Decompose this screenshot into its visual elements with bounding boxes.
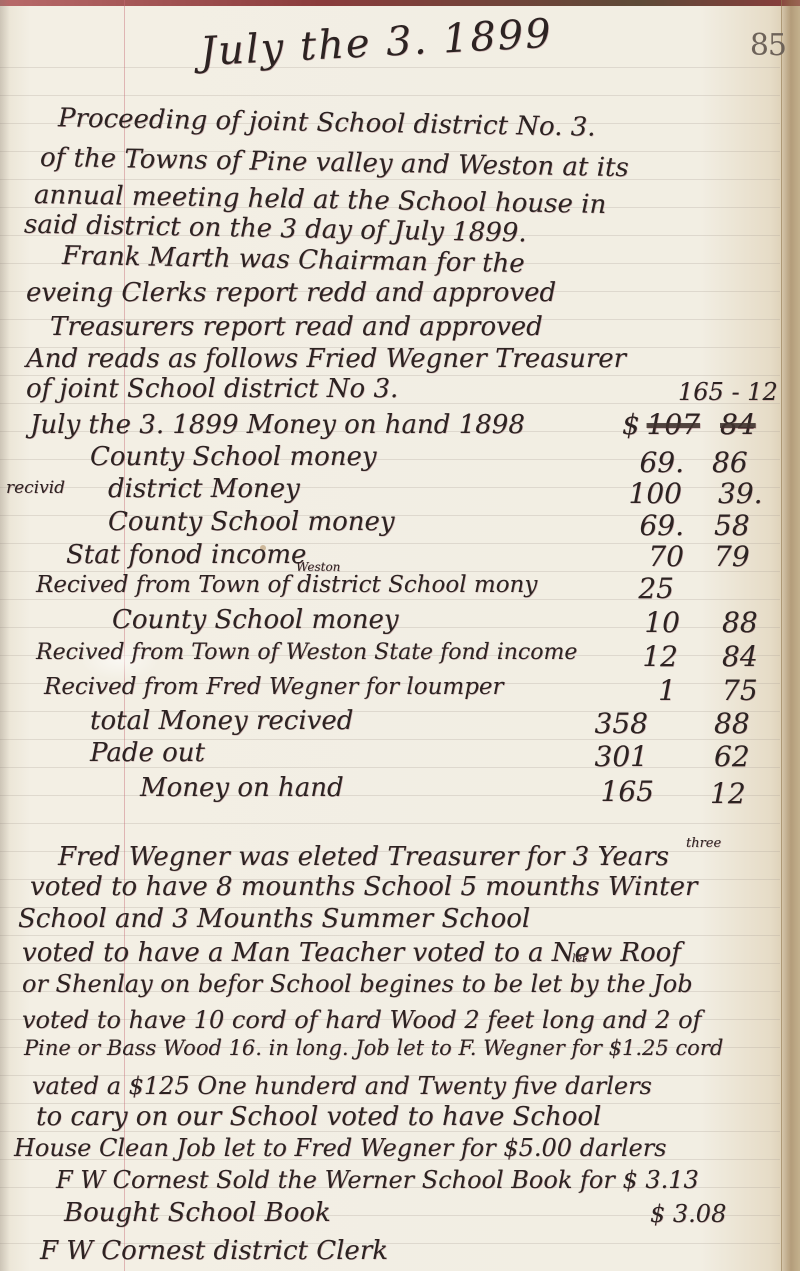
total-label: total Money recived bbox=[90, 706, 353, 736]
resolution-line: School and 3 Mounths Summer School bbox=[18, 904, 530, 934]
superscript-let: let bbox=[572, 952, 586, 965]
minutes-line: of joint School district No 3. bbox=[26, 374, 398, 404]
resolution-line: Fred Wegner was eleted Treasurer for 3 Y… bbox=[58, 842, 669, 872]
resolution-line: or Shenlay on befor School begines to be… bbox=[22, 970, 693, 998]
report-row-cents: 84 bbox=[720, 408, 790, 441]
total-cents: 88 bbox=[714, 707, 784, 740]
report-row-dollars: 10 bbox=[600, 606, 680, 639]
resolution-line: F W Cornest Sold the Werner School Book … bbox=[56, 1166, 699, 1194]
report-row-dollars: 25 bbox=[594, 572, 674, 605]
report-row-cents: 84 bbox=[722, 640, 792, 673]
paid-out-cents: 62 bbox=[714, 740, 784, 773]
report-row-label: Stat fonod income bbox=[66, 540, 306, 570]
report-row-dollars: 12 bbox=[598, 640, 678, 673]
report-row-dollars: 70 bbox=[604, 540, 684, 573]
superscript-three: three bbox=[686, 836, 721, 851]
paid-out-dollars: 301 bbox=[568, 740, 648, 773]
money-on-hand-label: Money on hand bbox=[140, 773, 344, 803]
resolution-line: voted to have 10 cord of hard Wood 2 fee… bbox=[22, 1006, 701, 1034]
money-on-hand-cents: 12 bbox=[710, 777, 780, 810]
report-row-dollars: 1 bbox=[596, 674, 676, 707]
report-row-cents: 58 bbox=[714, 509, 784, 542]
resolution-line: voted to have 8 mounths School 5 mounths… bbox=[30, 872, 697, 902]
money-on-hand-dollars: 165 bbox=[574, 775, 654, 808]
resolution-line: Bought School Book bbox=[64, 1198, 331, 1228]
page-top-edge bbox=[0, 0, 800, 6]
report-row-dollars: 107 bbox=[620, 408, 700, 441]
resolution-line: to cary on our School voted to have Scho… bbox=[36, 1102, 601, 1132]
report-row-dollars: 100 bbox=[602, 477, 682, 510]
clerk-signature: F W Cornest district Clerk bbox=[40, 1236, 388, 1266]
resolution-line: Pine or Bass Wood 16. in long. Job let t… bbox=[24, 1036, 723, 1060]
binding-shadow bbox=[0, 0, 10, 1271]
report-row-label: County School money bbox=[90, 442, 377, 472]
minutes-line: Treasurers report read and approved bbox=[50, 312, 543, 342]
report-row-label: July the 3. 1899 Money on hand 1898 bbox=[30, 410, 525, 440]
report-row-cents: 86 bbox=[712, 446, 782, 479]
total-dollars: 358 bbox=[568, 707, 648, 740]
paid-out-label: Pade out bbox=[90, 738, 205, 768]
page-number: 85 bbox=[750, 28, 786, 63]
report-row-cents: 75 bbox=[722, 674, 792, 707]
minutes-line: eveing Clerks report redd and approved bbox=[26, 278, 556, 308]
margin-note: recivid bbox=[6, 478, 65, 498]
bought-book-amount: $ 3.08 bbox=[650, 1200, 726, 1228]
report-row-label: County School money bbox=[108, 507, 395, 537]
report-row-label: district Money bbox=[108, 474, 300, 504]
resolution-line: vated a $125 One hunderd and Twenty five… bbox=[32, 1072, 652, 1100]
ledger-page: 85 July the 3. 1899 Proceeding of joint … bbox=[0, 0, 800, 1271]
resolution-line: House Clean Job let to Fred Wegner for $… bbox=[14, 1134, 667, 1162]
report-row-label: Recived from Fred Wegner for loumper bbox=[44, 674, 504, 700]
report-row-dollars: 69. bbox=[604, 509, 684, 542]
report-row-label: Recived from Town of district School mon… bbox=[36, 572, 537, 598]
report-row-cents: 79 bbox=[714, 540, 784, 573]
report-row-label: County School money bbox=[112, 605, 399, 635]
report-row-cents: 39. bbox=[718, 477, 788, 510]
report-row-dollars: 69. bbox=[604, 446, 684, 479]
revised-balance-note: 165 - 12 bbox=[678, 378, 778, 406]
minutes-line: And reads as follows Fried Wegner Treasu… bbox=[26, 344, 626, 374]
report-row-cents: 88 bbox=[722, 606, 792, 639]
report-row-label: Recived from Town of Weston State fond i… bbox=[36, 640, 577, 665]
